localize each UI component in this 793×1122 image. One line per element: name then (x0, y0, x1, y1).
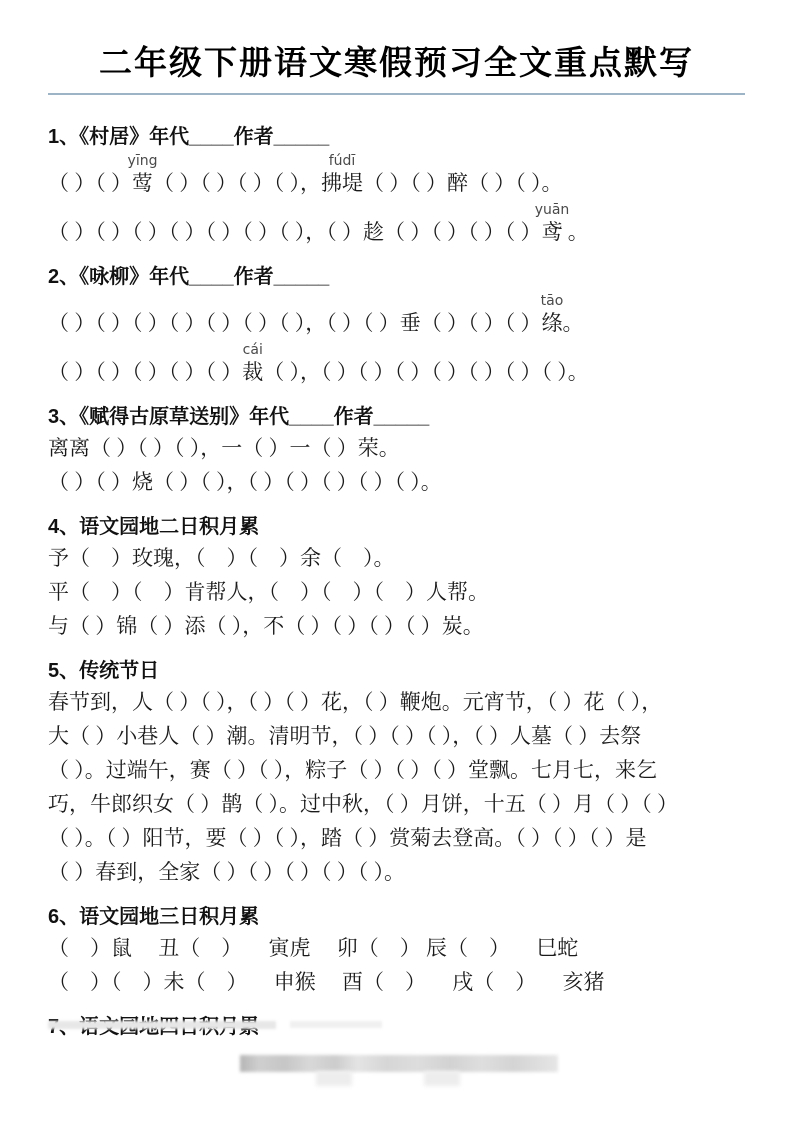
section-heading: 3、《赋得古原草送别》年代____作者_____ (48, 403, 745, 431)
line-text: 平（ ）（ ）肯帮人，（ ）（ ）（ ）人帮。 (48, 580, 489, 604)
fill-blank-line: 大（ ）小巷人（ ）潮。清明节，（ ）（ ）（ ），（ ）人墓（ ）去祭 (48, 719, 745, 753)
pinyin-label: cái (243, 343, 263, 358)
line-text: （ ）春到，全家（ ）（ ）（ ）（ ）（ ）。 (48, 860, 405, 884)
line-text: （ ）（ ） (48, 171, 132, 195)
fill-blank-line: （ ）。过端午，赛（ ）（ ），粽子（ ）（ ）（ ）堂飘。七月七，来乞 (48, 753, 745, 787)
pinyin-annotated-char: yuān鸢 (542, 215, 563, 249)
annotated-char: 鸢 (542, 220, 563, 244)
pinyin-label: fúdī (329, 154, 356, 169)
worksheet-page: 二年级下册语文寒假预习全文重点默写 1、《村居》年代____作者_____（ ）… (0, 0, 793, 1122)
section-heading: 5、传统节日 (48, 657, 745, 685)
pinyin-label: tāo (541, 294, 564, 309)
line-text: （ ）（ ）未（ ） 申猴 酉（ ） 戌（ ） 亥猪 (48, 970, 605, 994)
watermark-blur-strip (240, 1055, 558, 1072)
pinyin-annotated-char: yīng莺 (132, 166, 153, 200)
line-text: 。 (563, 220, 589, 244)
fill-blank-line: （ ）（ ）yīng莺（ ）（ ）（ ）（ ），fúdī拂堤（ ）（ ）醉（ ）… (48, 151, 745, 200)
fill-blank-line: 春节到，人（ ）（ ），（ ）（ ）花，（ ）鞭炮。元宵节，（ ）花（ ）， (48, 685, 745, 719)
line-text: （ ）（ ）（ ）（ ）， (153, 171, 321, 195)
fill-blank-line: （ ）（ ）烧（ ）（ ），（ ）（ ）（ ）（ ）（ ）。 (48, 465, 745, 499)
line-text: 。 (563, 311, 584, 335)
section-heading: 6、语文园地三日积月累 (48, 903, 745, 931)
section-6: 6、语文园地三日积月累（ ）鼠 丑（ ） 寅虎 卯（ ） 辰（ ） 巳蛇（ ）（… (48, 903, 745, 999)
annotated-char: 裁 (242, 360, 263, 384)
page-title: 二年级下册语文寒假预习全文重点默写 (48, 44, 745, 84)
section-4: 4、语文园地二日积月累予（ ）玫瑰，（ ）（ ）余（ ）。平（ ）（ ）肯帮人，… (48, 513, 745, 643)
fill-blank-line: （ ）鼠 丑（ ） 寅虎 卯（ ） 辰（ ） 巳蛇 (48, 931, 745, 965)
line-text: 春节到，人（ ）（ ），（ ）（ ）花，（ ）鞭炮。元宵节，（ ）花（ ）， (48, 690, 662, 714)
fill-blank-line: （ ）春到，全家（ ）（ ）（ ）（ ）（ ）。 (48, 855, 745, 889)
fill-blank-line: （ ）（ ）（ ）（ ）（ ）cái裁（ ），（ ）（ ）（ ）（ ）（ ）（ … (48, 340, 745, 389)
watermark-blur-blob (316, 1071, 352, 1086)
section-heading: 4、语文园地二日积月累 (48, 513, 745, 541)
fill-blank-line: （ ）（ ）（ ）（ ）（ ）（ ）（ ），（ ）趁（ ）（ ）（ ）（ ）yu… (48, 200, 745, 249)
watermark-blur-blob (424, 1071, 460, 1086)
section-5: 5、传统节日春节到，人（ ）（ ），（ ）（ ）花，（ ）鞭炮。元宵节，（ ）花… (48, 657, 745, 889)
pinyin-annotated-char: cái裁 (242, 355, 263, 389)
line-text: （ ）（ ）醉（ ）（ ）。 (363, 171, 563, 195)
section-heading: 2、《咏柳》年代____作者_____ (48, 263, 745, 291)
section-2: 2、《咏柳》年代____作者_____（ ）（ ）（ ）（ ）（ ）（ ）（ ）… (48, 263, 745, 389)
watermark-blur-line-2 (290, 1021, 382, 1028)
fill-blank-line: （ ）（ ）未（ ） 申猴 酉（ ） 戌（ ） 亥猪 (48, 965, 745, 999)
fill-blank-line: （ ）（ ）（ ）（ ）（ ）（ ）（ ），（ ）（ ）垂（ ）（ ）（ ）tā… (48, 291, 745, 340)
fill-blank-line: 予（ ）玫瑰，（ ）（ ）余（ ）。 (48, 541, 745, 575)
pinyin-annotated-char: fúdī拂堤 (321, 166, 363, 200)
line-text: 予（ ）玫瑰，（ ）（ ）余（ ）。 (48, 546, 395, 570)
annotated-char: 拂堤 (321, 171, 363, 195)
section-3: 3、《赋得古原草送别》年代____作者_____离离（ ）（ ）（ ），一（ ）… (48, 403, 745, 499)
line-text: （ ）（ ）（ ）（ ）（ ） (48, 360, 242, 384)
title-divider (48, 93, 745, 95)
fill-blank-line: 与（ ）锦（ ）添（ ），不（ ）（ ）（ ）（ ）炭。 (48, 609, 745, 643)
pinyin-label: yuān (535, 203, 570, 218)
watermark-blur-line (48, 1021, 276, 1029)
section-1: 1、《村居》年代____作者_____（ ）（ ）yīng莺（ ）（ ）（ ）（… (48, 123, 745, 249)
line-text: （ ）（ ）烧（ ）（ ），（ ）（ ）（ ）（ ）（ ）。 (48, 470, 442, 494)
pinyin-label: yīng (128, 154, 158, 169)
line-text: （ ），（ ）（ ）（ ）（ ）（ ）（ ）（ ）。 (263, 360, 589, 384)
pinyin-annotated-char: tāo绦 (542, 306, 563, 340)
line-text: 与（ ）锦（ ）添（ ），不（ ）（ ）（ ）（ ）炭。 (48, 614, 484, 638)
section-heading: 1、《村居》年代____作者_____ (48, 123, 745, 151)
annotated-char: 绦 (542, 311, 563, 335)
fill-blank-line: （ ）。（ ）阳节，要（ ）（ ），踏（ ）赏菊去登高。（ ）（ ）（ ）是 (48, 821, 745, 855)
line-text: （ ）。（ ）阳节，要（ ）（ ），踏（ ）赏菊去登高。（ ）（ ）（ ）是 (48, 826, 647, 850)
line-text: （ ）。过端午，赛（ ）（ ），粽子（ ）（ ）（ ）堂飘。七月七，来乞 (48, 758, 657, 782)
line-text: 离离（ ）（ ）（ ），一（ ）一（ ）荣。 (48, 436, 400, 460)
line-text: 大（ ）小巷人（ ）潮。清明节，（ ）（ ）（ ），（ ）人墓（ ）去祭 (48, 724, 641, 748)
line-text: 巧，牛郎织女（ ）鹊（ ）。过中秋，（ ）月饼，十五（ ）月（ ）（ ） (48, 792, 678, 816)
fill-blank-line: 巧，牛郎织女（ ）鹊（ ）。过中秋，（ ）月饼，十五（ ）月（ ）（ ） (48, 787, 745, 821)
fill-blank-line: 平（ ）（ ）肯帮人，（ ）（ ）（ ）人帮。 (48, 575, 745, 609)
line-text: （ ）鼠 丑（ ） 寅虎 卯（ ） 辰（ ） 巳蛇 (48, 936, 578, 960)
worksheet-body: 1、《村居》年代____作者_____（ ）（ ）yīng莺（ ）（ ）（ ）（… (48, 123, 745, 1041)
line-text: （ ）（ ）（ ）（ ）（ ）（ ）（ ），（ ）（ ）垂（ ）（ ）（ ） (48, 311, 542, 335)
line-text: （ ）（ ）（ ）（ ）（ ）（ ）（ ），（ ）趁（ ）（ ）（ ）（ ） (48, 220, 542, 244)
annotated-char: 莺 (132, 171, 153, 195)
fill-blank-line: 离离（ ）（ ）（ ），一（ ）一（ ）荣。 (48, 431, 745, 465)
